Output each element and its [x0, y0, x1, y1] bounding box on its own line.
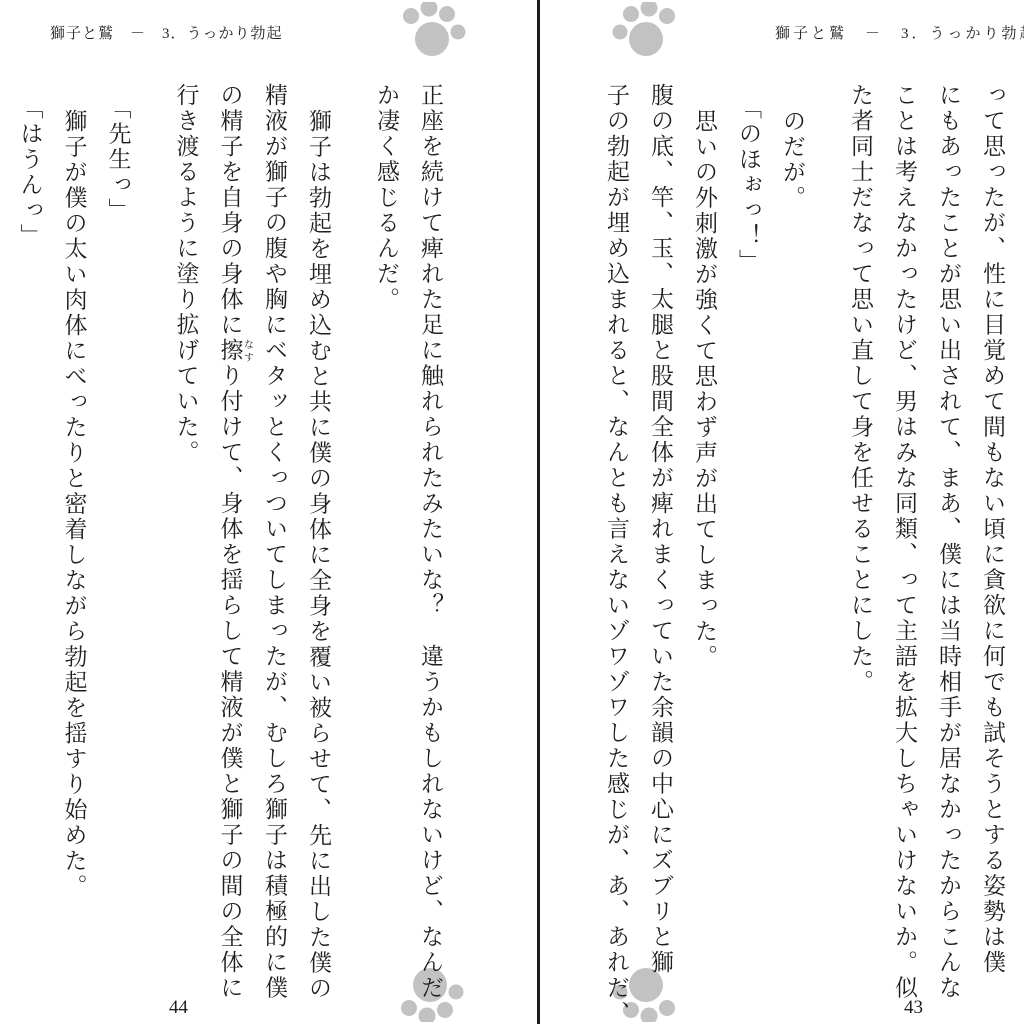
text-line: のだが。: [770, 83, 814, 1024]
text-line: 獅子は勃起を埋め込むと共に僕の身体に全身を覆い被らせて、先に出した僕の: [296, 83, 340, 1024]
paw-print-icon: [612, 2, 676, 60]
text-line: って思ったが、性に目覚めて間もない頃に貪欲に何でも試そうとする姿勢は僕: [970, 83, 1014, 1024]
text-line: 「先生っ」: [96, 83, 140, 1024]
text-line: 腹の底、竿、玉、太腿と股間全体が痺れまくっていた余韻の中心にズブリと獅: [638, 83, 682, 1024]
text-line: にもあったことが思い出されて、まあ、僕には当時相手が居なかったからこんな: [926, 83, 970, 1024]
page-left-header-title: 獅子と鷲 － 3．うっかり勃起: [50, 22, 283, 43]
page-divider: [537, 0, 540, 1024]
page-left-number: 44: [169, 997, 188, 1019]
page-left-text: 正座を続けて痺れた足に触れられたみたいな？ 違うかもしれないけど、なんだか凄く感…: [8, 83, 453, 1024]
text-line: 「のほぉっ！」: [726, 83, 770, 1024]
text-line: 精液が獅子の腹や胸にベタッとくっついてしまったが、むしろ獅子は積極的に僕: [252, 83, 296, 1024]
text-line: 「はうんっ」: [8, 83, 52, 1024]
text-line: た者同士だなって思い直して身を任せることにした。: [838, 83, 882, 1024]
page-right-number: 43: [904, 997, 923, 1019]
page-right-header-title: 獅子と鷲 － 3．うっかり勃起: [775, 22, 1024, 43]
text-line: 獅子が僕の太い肉体にべったりと密着しながら勃起を揺すり始めた。: [52, 83, 96, 1024]
text-line: の精子を自身の身体に擦なすり付けて、身体を揺らして精液が僕と獅子の間の全体に: [208, 83, 253, 1024]
text-line: 行き渡るように塗り拡げていた。: [164, 83, 208, 1024]
text-line: 子の勃起が埋め込まれると、なんとも言えないゾワゾワした感じが、あ、あれだ、: [594, 83, 638, 1024]
text-line: 正座を続けて痺れた足に触れられたみたいな？ 違うかもしれないけど、なんだ: [408, 83, 452, 1024]
text-line: 思いの外刺激が強くて思わず声が出てしまった。: [682, 83, 726, 1024]
furigana-annotation: 擦なす: [218, 338, 243, 364]
text-line: ことは考えなかったけど、男はみな同類、って主語を拡大しちゃいけないか。似: [882, 83, 926, 1024]
text-line: か凄く感じるんだ。: [364, 83, 408, 1024]
page-right-text: って思ったが、性に目覚めて間もない頃に貪欲に何でも試そうとする姿勢は僕にもあった…: [594, 83, 1014, 1024]
paw-print-icon: [402, 2, 466, 60]
